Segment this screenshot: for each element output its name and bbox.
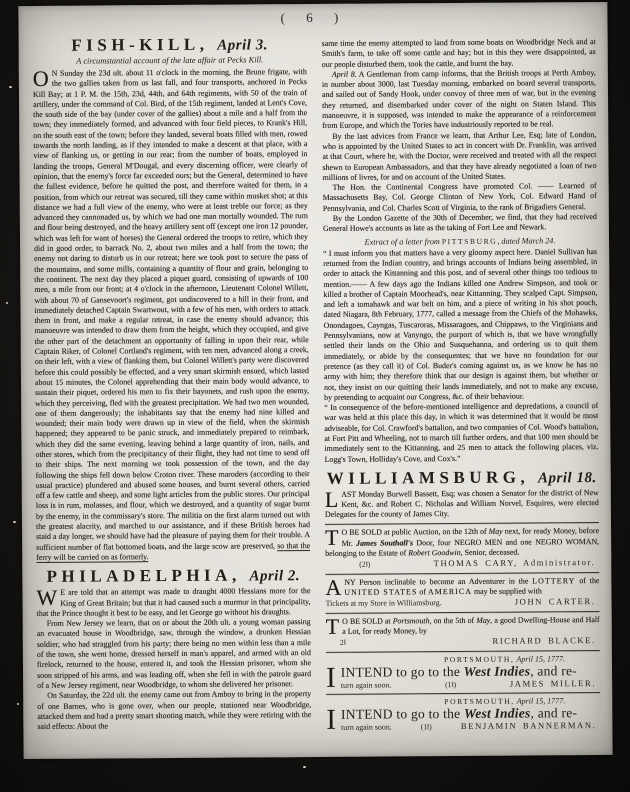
fishkill-heading: FISH-KILL, April 3. bbox=[33, 34, 307, 56]
dropcap-t: T bbox=[325, 528, 342, 547]
ad-intend-miller-line2: turn again soon. (1‖) JAMES MILLER. bbox=[341, 678, 600, 691]
columns: FISH-KILL, April 3. A circumstantial acc… bbox=[33, 28, 601, 744]
april8-paragraph: April 8. A Gentleman from camp informs, … bbox=[322, 68, 596, 132]
dust-speck bbox=[303, 766, 306, 768]
philadelphia-heading: PHILADELPHIA, April 2. bbox=[36, 565, 310, 587]
dropcap-i: I bbox=[326, 708, 341, 732]
newspaper-page: ( 6 ) FISH-KILL, April 3. A circumstanti… bbox=[18, 2, 612, 759]
france-paragraph: By the last advices from France we learn… bbox=[322, 130, 596, 183]
divider bbox=[326, 611, 600, 614]
ad-sale-auction-signature-row: (2‖) THOMAS CARY, Administrator. bbox=[325, 557, 599, 570]
dropcap-i: I bbox=[326, 666, 341, 690]
divider bbox=[326, 692, 600, 695]
ad-sale-auction: TO BE SOLD at public Auction, on the 12t… bbox=[325, 526, 599, 570]
ad-intend-bannerman-return: turn again soon. bbox=[341, 722, 392, 733]
ad-lottery-signature: JOHN CARTER. bbox=[515, 596, 596, 608]
gazette-paragraph: By the London Gazette of the 30th of Dec… bbox=[323, 212, 597, 235]
ad-lottery: ANY Person inclinable to become an Adven… bbox=[325, 576, 599, 610]
insertion-mark: (1‖) bbox=[445, 679, 456, 690]
fishkill-body: ON Sunday the 23d ult. about 11 o'clock … bbox=[33, 67, 310, 563]
dust-speck bbox=[13, 521, 16, 523]
ad-intend-miller-signature: JAMES MILLER. bbox=[510, 678, 596, 690]
pittsburg-paragraph-1: “ I must inform you that matters have a … bbox=[323, 247, 598, 403]
divider bbox=[325, 572, 599, 575]
pittsburg-extract-heading: Extract of a letter from PITTSBURG, date… bbox=[323, 235, 597, 248]
ad-sale-portsmouth-signature-row: 2‖ RICHARD BLACKE. bbox=[326, 635, 600, 648]
dropcap-t: T bbox=[326, 617, 343, 636]
ad-intend-bannerman: PORTSMOUTH, April 15, 1777. I INTEND to … bbox=[326, 696, 600, 733]
dropcap-l: L bbox=[325, 490, 342, 509]
dust-speck bbox=[17, 703, 19, 705]
ad-intend-miller-body: I INTEND to go to the West Indies, and r… bbox=[326, 664, 600, 691]
dateline-date: April 15, 1777. bbox=[516, 654, 565, 663]
divider bbox=[325, 522, 599, 525]
ad-intend-miller-return: turn again soon. bbox=[341, 679, 392, 690]
continuation-paragraph: same time the enemy attempted to land fr… bbox=[322, 37, 596, 70]
philadelphia-paragraph-1: WE are told that an attempt was made to … bbox=[36, 586, 310, 619]
ad-sale-portsmouth: TO BE SOLD at Portsmouth, on the 5th of … bbox=[326, 615, 600, 649]
philadelphia-paragraph-3: On Saturday, the 22d ult. the enemy came… bbox=[37, 689, 311, 732]
williamsburg-title: WILLIAMSBURG, bbox=[327, 467, 530, 487]
ad-lottery-signature-row: Tickets at my Store in Williamsburg. JOH… bbox=[326, 596, 600, 609]
williamsburg-intro: LAST Monday Burwell Bassett, Esq; was ch… bbox=[325, 488, 599, 521]
right-column: same time the enemy attempted to land fr… bbox=[322, 28, 601, 742]
dateline-place: PORTSMOUTH, bbox=[444, 697, 515, 706]
williamsburg-heading: WILLIAMSBURG, April 18. bbox=[325, 467, 599, 489]
ad-intend-miller: PORTSMOUTH, April 15, 1777. I INTEND to … bbox=[326, 654, 600, 691]
fishkill-date: April 3. bbox=[217, 37, 268, 53]
ad-intend-bannerman-body: I INTEND to go to the West Indies, and r… bbox=[326, 706, 600, 733]
ad-sale-auction-body: TO BE SOLD at public Auction, on the 12t… bbox=[325, 526, 599, 559]
dust-speck bbox=[9, 86, 12, 88]
ad-sale-portsmouth-signature: RICHARD BLACKE. bbox=[492, 635, 595, 647]
ad-lottery-last-line: Tickets at my Store in Williamsburg. bbox=[326, 597, 442, 609]
ad-intend-bannerman-signature: BENJAMIN BANNERMAN. bbox=[461, 720, 597, 732]
philadelphia-title: PHILADELPHIA, bbox=[47, 566, 241, 586]
ad-intend-bannerman-line2: turn again soon. (1‖) BENJAMIN BANNERMAN… bbox=[341, 720, 600, 733]
insertion-mark: 2‖ bbox=[340, 637, 346, 648]
dropcap-a: A bbox=[325, 577, 344, 596]
congress-paragraph: The Hon. the Continental Congress have p… bbox=[323, 181, 597, 214]
fishkill-title: FISH-KILL, bbox=[71, 35, 208, 55]
fishkill-subtitle: A circumstantial account of the late aff… bbox=[33, 55, 307, 67]
pittsburg-paragraph-2: “ In consequence of the before-mentioned… bbox=[324, 401, 598, 465]
ad-sale-portsmouth-body: TO BE SOLD at Portsmouth, on the 5th of … bbox=[326, 615, 600, 638]
left-column: FISH-KILL, April 3. A circumstantial acc… bbox=[33, 30, 312, 744]
dropcap-w: W bbox=[36, 588, 60, 607]
ad-sale-auction-signature: THOMAS CARY, Administrator. bbox=[434, 557, 596, 569]
philadelphia-paragraph-2: From New Jersey we learn, that on or abo… bbox=[37, 617, 311, 691]
insertion-mark: (1‖) bbox=[421, 722, 432, 733]
dateline-place: PORTSMOUTH, bbox=[444, 654, 515, 663]
dust-speck bbox=[6, 302, 8, 304]
philadelphia-date: April 2. bbox=[249, 568, 300, 584]
divider bbox=[326, 650, 600, 653]
dateline-date: April 15, 1777. bbox=[517, 697, 566, 706]
williamsburg-date: April 18. bbox=[538, 470, 597, 486]
dropcap-o: O bbox=[33, 69, 52, 88]
ad-lottery-body: ANY Person inclinable to become an Adven… bbox=[325, 576, 599, 599]
insertion-mark: (2‖) bbox=[359, 559, 370, 570]
